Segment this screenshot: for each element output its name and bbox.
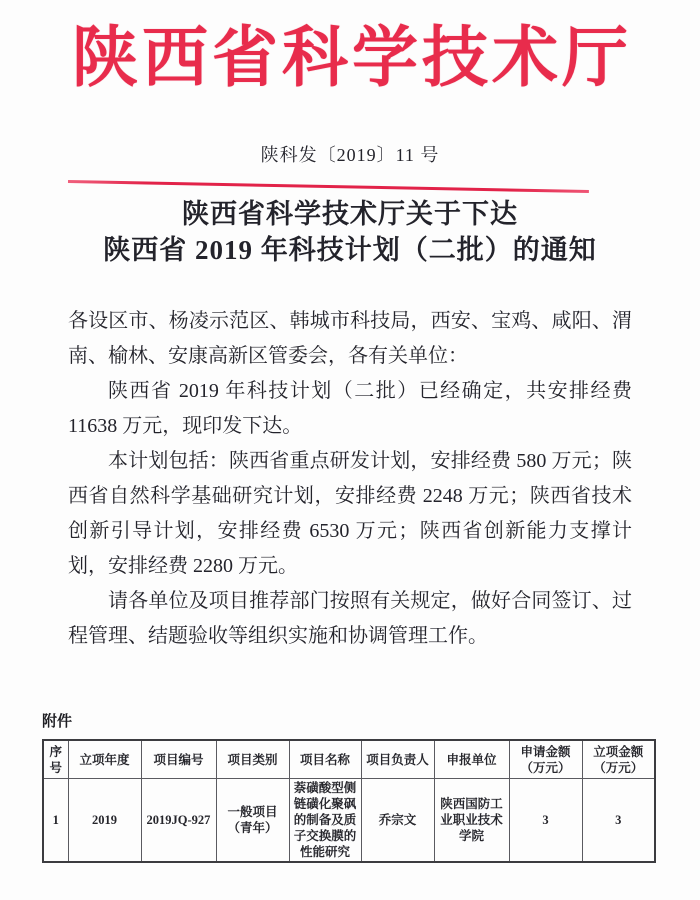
cell-year: 2019 (68, 778, 141, 862)
header-cell-year: 立项年度 (68, 740, 141, 778)
header-cell-project-no: 项目编号 (141, 740, 216, 778)
agency-title: 陕西省科学技术厅 (0, 0, 700, 93)
red-divider-line (68, 180, 589, 193)
header-cell-approved-amount: 立项金额 （万元） (582, 740, 655, 778)
attachment-label: 附件 (42, 712, 700, 732)
cell-applicant-unit: 陕西国防工业职业技术学院 (434, 778, 509, 862)
cell-leader: 乔宗文 (361, 778, 434, 862)
document-title: 陕西省科学技术厅关于下达 陕西省 2019 年科技计划（二批）的通知 (0, 196, 700, 268)
header-cell-project-name: 项目名称 (289, 740, 361, 778)
cell-index: 1 (43, 778, 68, 862)
document-body: 各设区市、杨凌示范区、韩城市科技局，西安、宝鸡、咸阳、渭南、榆林、安康高新区管委… (68, 304, 632, 654)
cell-applied-amount: 3 (509, 778, 582, 862)
body-paragraph-funding-total: 陕西省 2019 年科技计划（二批）已经确定，共安排经费 11638 万元，现印… (68, 374, 632, 444)
document-title-line2: 陕西省 2019 年科技计划（二批）的通知 (0, 232, 700, 268)
header-cell-applicant-unit: 申报单位 (434, 740, 509, 778)
recipients-paragraph: 各设区市、杨凌示范区、韩城市科技局，西安、宝鸡、咸阳、渭南、榆林、安康高新区管委… (68, 304, 632, 374)
header-cell-leader: 项目负责人 (361, 740, 434, 778)
cell-category: 一般项目（青年） (216, 778, 289, 862)
body-paragraph-instructions: 请各单位及项目推荐部门按照有关规定，做好合同签订、过程管理、结题验收等组织实施和… (68, 584, 632, 654)
table-row: 1 2019 2019JQ-927 一般项目（青年） 萘磺酸型侧链磺化聚砜的制备… (43, 778, 655, 862)
header-cell-index: 序号 (43, 740, 68, 778)
cell-project-no: 2019JQ-927 (141, 778, 216, 862)
table-header-row: 序号 立项年度 项目编号 项目类别 项目名称 项目负责人 申报单位 申请金额 （… (43, 740, 655, 778)
attachment-table: 序号 立项年度 项目编号 项目类别 项目名称 项目负责人 申报单位 申请金额 （… (42, 739, 656, 863)
body-paragraph-plan-breakdown: 本计划包括：陕西省重点研发计划，安排经费 580 万元；陕西省自然科学基础研究计… (68, 444, 632, 584)
header-cell-applied-amount: 申请金额 （万元） (509, 740, 582, 778)
header-cell-category: 项目类别 (216, 740, 289, 778)
cell-approved-amount: 3 (582, 778, 655, 862)
document-title-line1: 陕西省科学技术厅关于下达 (0, 196, 700, 232)
doc-number: 陕科发〔2019〕11 号 (0, 143, 700, 167)
document-page: 陕西省科学技术厅 陕科发〔2019〕11 号 陕西省科学技术厅关于下达 陕西省 … (0, 0, 700, 900)
cell-project-name: 萘磺酸型侧链磺化聚砜的制备及质子交换膜的性能研究 (289, 778, 361, 862)
